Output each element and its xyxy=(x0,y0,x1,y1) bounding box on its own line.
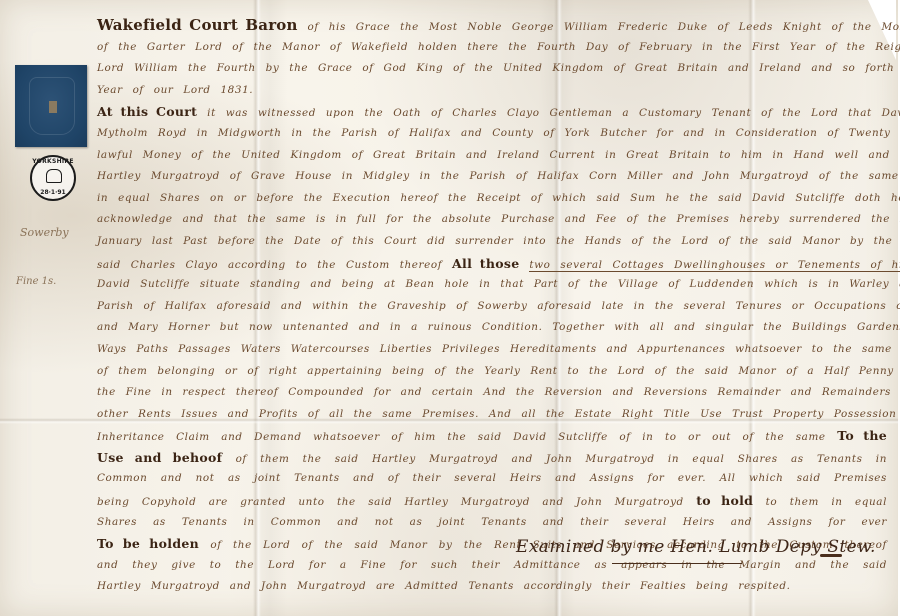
text-line: At this Court it was witnessed upon the … xyxy=(97,101,887,123)
text-line: Wakefield Court Baron of his Grace the M… xyxy=(97,15,887,37)
text-line: Parish of Halifax aforesaid and within t… xyxy=(97,296,887,318)
section-lead: To the xyxy=(837,428,887,443)
text-line: January last Past before the Date of thi… xyxy=(97,231,887,253)
section-lead: At this Court xyxy=(97,104,197,119)
section-lead: To be holden xyxy=(97,536,199,551)
text-line: and they give to the Lord for a Fine for… xyxy=(97,555,887,577)
postmark-date: 28·1·91 xyxy=(32,189,74,196)
text-line: of the Garter Lord of the Manor of Wakef… xyxy=(97,37,887,59)
text-line: Lord William the Fourth by the Grace of … xyxy=(97,58,887,80)
document-heading: Wakefield Court Baron xyxy=(97,16,298,34)
signature-underline xyxy=(612,563,742,564)
revenue-stamp xyxy=(15,65,87,147)
text-line: Hartley Murgatroyd and John Murgatroyd a… xyxy=(97,576,887,598)
crown-icon xyxy=(46,169,62,183)
text-line: Common and not as joint Tenants and of t… xyxy=(97,468,887,490)
court-roll-text: Wakefield Court Baron of his Grace the M… xyxy=(97,15,887,598)
text-line: Ways Paths Passages Waters Watercourses … xyxy=(97,339,887,361)
text-line: other Rents Issues and Profits of all th… xyxy=(97,404,887,426)
text-line: Inheritance Claim and Demand whatsoever … xyxy=(97,425,887,447)
text-line: lawful Money of the United Kingdom of Gr… xyxy=(97,145,887,167)
margin-note-fine: Fine 1s. xyxy=(16,276,56,287)
text-line: of them belonging or of right appertaini… xyxy=(97,361,887,383)
text-line: and Mary Horner but now untenanted and i… xyxy=(97,317,887,339)
postmark-county: YORKSHIRE xyxy=(32,158,74,165)
text-line: Hartley Murgatroyd of Grave House in Mid… xyxy=(97,166,887,188)
text-line: Mytholm Royd in Midgworth in the Parish … xyxy=(97,123,887,145)
text-line: being Copyhold are granted unto the said… xyxy=(97,490,887,512)
section-lead: to hold xyxy=(696,493,753,508)
text-line: the Fine in respect thereof Compounded f… xyxy=(97,382,887,404)
section-lead: Use and behoof xyxy=(97,450,222,465)
text-line: David Sutcliffe situate standing and bei… xyxy=(97,274,887,296)
text-line: Shares as Tenants in Common and not as j… xyxy=(97,512,887,534)
text-line: Use and behoof of them the said Hartley … xyxy=(97,447,887,469)
text-line: acknowledge and that the same is in full… xyxy=(97,209,887,231)
stamp-foil-icon xyxy=(49,101,57,113)
section-lead: All those xyxy=(452,256,519,271)
text-line: in equal Shares on or before the Executi… xyxy=(97,188,887,210)
signature-flourish xyxy=(820,554,842,557)
margin-note-sowerby: Sowerby xyxy=(20,226,69,239)
yorkshire-postmark: YORKSHIRE 28·1·91 xyxy=(30,155,76,201)
text-line: Year of our Lord 1831. xyxy=(97,80,887,102)
text-line: said Charles Clayo according to the Cust… xyxy=(97,253,887,275)
